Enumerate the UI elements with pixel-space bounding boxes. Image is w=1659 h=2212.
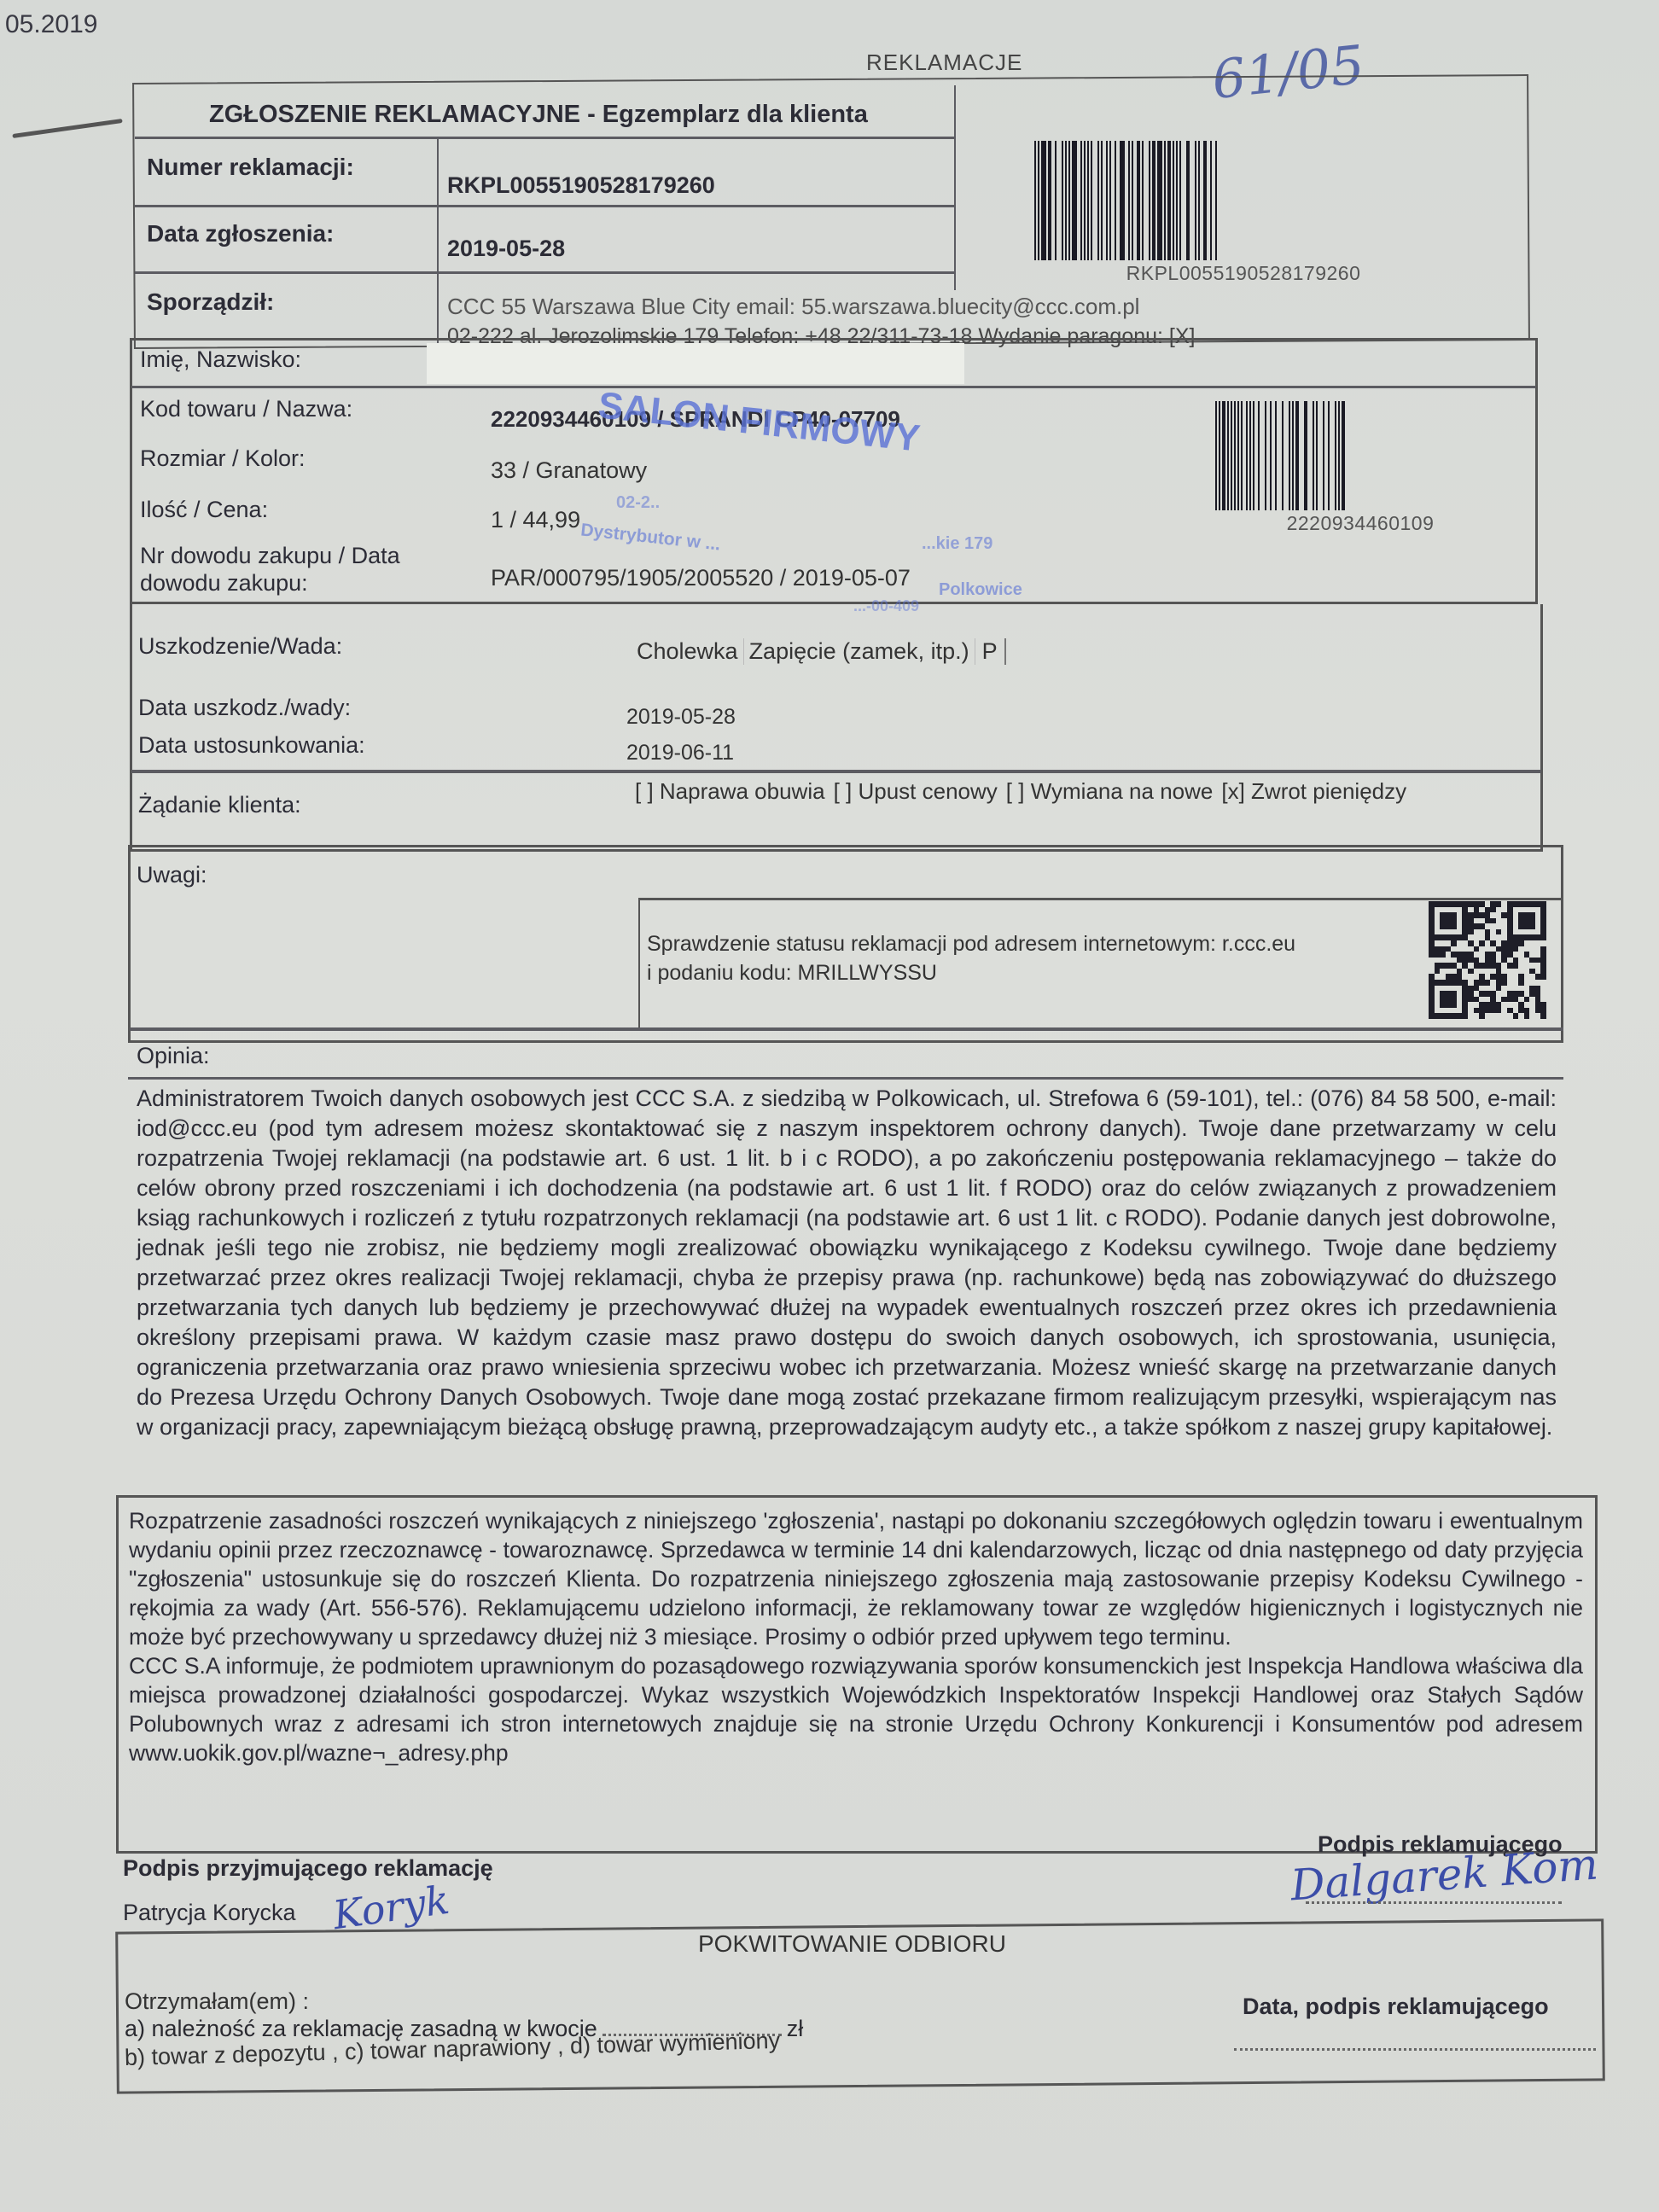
request-option-label: Naprawa obuwia xyxy=(660,778,825,804)
size-color-label: Rozmiar / Kolor: xyxy=(140,445,306,472)
notes-label: Uwagi: xyxy=(137,862,207,888)
stamp-line2: 02-2.. xyxy=(616,493,660,513)
form-title: ZGŁOSZENIE REKLAMACYJNE - Egzemplarz dla… xyxy=(209,101,868,129)
receipt-title: POKWITOWANIE ODBIORU xyxy=(698,1930,1006,1958)
request-option[interactable]: [ ] Wymiana na nowe xyxy=(1006,778,1214,805)
complaint-number-label: Numer reklamacji: xyxy=(147,154,354,181)
size-color-value: 33 / Granatowy xyxy=(491,457,647,484)
divider xyxy=(128,1077,1563,1080)
receipt-value: PAR/000795/1905/2005520 / 2019-05-07 xyxy=(491,565,911,591)
divider xyxy=(135,137,954,139)
submission-date-label: Data zgłoszenia: xyxy=(147,220,334,247)
currency-label: zł xyxy=(787,2016,804,2042)
receiver-name: Patrycja Korycka xyxy=(123,1900,296,1926)
divider xyxy=(954,85,956,290)
received-label: Otrzymałam(em) : xyxy=(125,1988,309,2015)
submission-date: 2019-05-28 xyxy=(447,236,565,262)
checkbox-icon[interactable]: [ ] xyxy=(834,778,859,804)
barcode-icon xyxy=(1215,401,1505,510)
complaint-number: RKPL0055190528179260 xyxy=(447,172,715,199)
prepared-by-line1: CCC 55 Warszawa Blue City email: 55.wars… xyxy=(447,294,1139,320)
request-option-label: Upust cenowy xyxy=(858,778,997,804)
status-line1: Sprawdzenie statusu reklamacji pod adres… xyxy=(647,932,1295,957)
date-signature-line[interactable] xyxy=(1234,2048,1596,2051)
product-barcode: 2220934460109 xyxy=(1215,401,1505,535)
divider xyxy=(135,271,954,274)
defect-value-fastener: Zapięcie (zamek, itp.) xyxy=(744,638,975,665)
request-option[interactable]: [ ] Upust cenowy xyxy=(834,778,998,805)
request-option-label: Wymiana na nowe xyxy=(1031,778,1214,804)
barcode-icon xyxy=(1034,141,1452,260)
defect-values: Cholewka Zapięcie (zamek, itp.) P xyxy=(632,638,1006,665)
receipt-label-1: Nr dowodu zakupu / Data xyxy=(140,543,400,569)
product-label: Kod towaru / Nazwa: xyxy=(140,396,352,422)
corner-date: 05.2019 xyxy=(5,10,97,39)
terms-paragraph-2: CCC S.A informuje, że podmiotem uprawnio… xyxy=(129,1651,1583,1767)
request-label: Żądanie klienta: xyxy=(138,792,301,818)
qty-price-value: 1 / 44,99 xyxy=(491,507,580,533)
complaint-barcode: RKPL0055190528179260 xyxy=(1034,141,1452,285)
defect-value-upper: Cholewka xyxy=(632,638,744,665)
request-option-label: Zwrot pieniędzy xyxy=(1251,778,1406,804)
defect-value-code: P xyxy=(975,638,1006,665)
defect-label: Uszkodzenie/Wada: xyxy=(138,633,342,660)
opinion-label: Opinia: xyxy=(137,1043,210,1069)
privacy-notice: Administratorem Twoich danych osobowych … xyxy=(137,1084,1557,1442)
response-date-label: Data ustosunkowania: xyxy=(138,732,365,759)
receipt-label-2: dowodu zakupu: xyxy=(140,570,308,597)
document-page: 05.2019 REKLAMACJE 61/05 ZGŁOSZENIE REKL… xyxy=(0,0,1659,2212)
stamp-line5: Polkowice xyxy=(939,580,1022,600)
checkbox-icon[interactable]: [ ] xyxy=(1006,778,1031,804)
complaint-barcode-text: RKPL0055190528179260 xyxy=(1034,262,1452,285)
divider xyxy=(135,205,954,207)
product-barcode-text: 2220934460109 xyxy=(1215,512,1505,535)
divider xyxy=(130,1027,1563,1031)
divider xyxy=(131,386,1536,388)
name-label: Imię, Nazwisko: xyxy=(140,346,301,373)
date-signature-label: Data, podpis reklamującego xyxy=(1243,1994,1549,2020)
divider xyxy=(131,770,1541,773)
request-option[interactable]: [x] Zwrot pieniędzy xyxy=(1221,778,1406,805)
response-date: 2019-06-11 xyxy=(626,741,734,765)
status-line2: i podaniu kodu: MRILLWYSSU xyxy=(647,961,937,986)
checkbox-checked-icon[interactable]: [x] xyxy=(1221,778,1251,804)
defect-date-label: Data uszkodz./wady: xyxy=(138,695,351,721)
signature-line xyxy=(1306,1901,1562,1904)
qr-code-icon[interactable] xyxy=(1429,901,1546,1019)
checkbox-icon[interactable]: [ ] xyxy=(635,778,660,804)
name-redaction xyxy=(427,343,964,384)
stamp-line3: ...kie 179 xyxy=(922,534,992,554)
qty-price-label: Ilość / Cena: xyxy=(140,497,268,523)
header-word: REKLAMACJE xyxy=(866,49,1022,76)
terms-paragraph-1: Rozpatrzenie zasadności roszczeń wynikaj… xyxy=(129,1506,1583,1651)
terms-box: Rozpatrzenie zasadności roszczeń wynikaj… xyxy=(116,1495,1598,1854)
request-options: [ ] Naprawa obuwia[ ] Upust cenowy[ ] Wy… xyxy=(635,778,1406,805)
request-option[interactable]: [ ] Naprawa obuwia xyxy=(635,778,825,805)
prepared-by-label: Sporządził: xyxy=(147,288,274,316)
pen-mark xyxy=(12,119,122,138)
divider xyxy=(437,138,439,343)
defect-date: 2019-05-28 xyxy=(626,705,736,730)
